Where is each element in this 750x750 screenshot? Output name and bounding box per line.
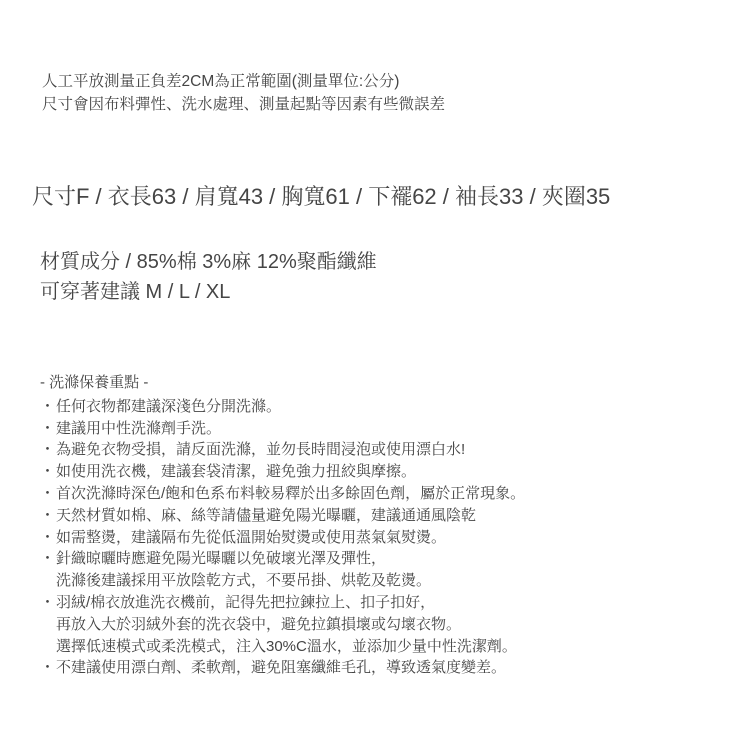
measurement-notes: 人工平放測量正負差2CM為正常範圍(測量單位:公分) 尺寸會因布料彈性、洗水處理… (42, 70, 445, 116)
care-line-text: 任何衣物都建議深淺色分開洗滌。 (56, 396, 281, 418)
care-line: ・ 針織晾曬時應避免陽光曝曬以免破壞光澤及彈性， (40, 548, 525, 570)
care-line-bullet: ・ (40, 418, 56, 440)
measurement-note-line1: 人工平放測量正負差2CM為正常範圍(測量單位:公分) (42, 70, 445, 93)
material-info: 材質成分 / 85%棉 3%麻 12%聚酯纖維 可穿著建議 M / L / XL (40, 247, 377, 307)
care-line: ・ 任何衣物都建議深淺色分開洗滌。 (40, 396, 525, 418)
care-line-text: 天然材質如棉、麻、絲等請儘量避免陽光曝曬，建議通通風陰乾 (56, 505, 476, 527)
material-composition-line: 材質成分 / 85%棉 3%麻 12%聚酯纖維 (40, 247, 377, 277)
care-line: 洗滌後建議採用平放陰乾方式，不要吊掛、烘乾及乾燙。 (40, 570, 525, 592)
care-section-heading: - 洗滌保養重點 - (40, 372, 525, 394)
care-line-text: 不建議使用漂白劑、柔軟劑，避免阻塞纖維毛孔，導致透氣度變差。 (56, 657, 506, 679)
care-line-bullet (40, 570, 56, 592)
care-line-text: 首次洗滌時深色/飽和色系布料較易釋於出多餘固色劑，屬於正常現象。 (56, 483, 525, 505)
care-line-bullet (40, 614, 56, 636)
care-line-text: 如需整燙，建議隔布先從低溫開始熨燙或使用蒸氣氣熨燙。 (56, 527, 446, 549)
care-line-bullet: ・ (40, 483, 56, 505)
size-spec-line: 尺寸F / 衣長63 / 肩寬43 / 胸寬61 / 下襬62 / 袖長33 /… (32, 183, 610, 211)
care-line: ・ 如使用洗衣機，建議套袋清潔，避免強力扭絞與摩擦。 (40, 461, 525, 483)
care-line: 選擇低速模式或柔洗模式，注入30%C溫水，並添加少量中性洗潔劑。 (40, 636, 525, 658)
care-line-bullet: ・ (40, 657, 56, 679)
care-line: ・ 天然材質如棉、麻、絲等請儘量避免陽光曝曬，建議通通風陰乾 (40, 505, 525, 527)
care-line: 再放入大於羽絨外套的洗衣袋中，避免拉鎮損壞或勾壞衣物。 (40, 614, 525, 636)
care-line-bullet (40, 636, 56, 658)
care-line: ・ 建議用中性洗滌劑手洗。 (40, 418, 525, 440)
care-line-text: 如使用洗衣機，建議套袋清潔，避免強力扭絞與摩擦。 (56, 461, 416, 483)
care-line-bullet: ・ (40, 527, 56, 549)
care-line-text: 洗滌後建議採用平放陰乾方式，不要吊掛、烘乾及乾燙。 (56, 570, 431, 592)
care-line-bullet: ・ (40, 505, 56, 527)
care-section: - 洗滌保養重點 - ・ 任何衣物都建議深淺色分開洗滌。 ・ 建議用中性洗滌劑手… (40, 372, 525, 679)
care-line: ・ 羽絨/棉衣放進洗衣機前，記得先把拉鍊拉上、扣子扣好， (40, 592, 525, 614)
care-line: ・ 為避免衣物受損，請反面洗滌，並勿長時間浸泡或使用漂白水! (40, 439, 525, 461)
care-line: ・ 不建議使用漂白劑、柔軟劑，避免阻塞纖維毛孔，導致透氣度變差。 (40, 657, 525, 679)
care-line-bullet: ・ (40, 548, 56, 570)
care-line-text: 再放入大於羽絨外套的洗衣袋中，避免拉鎮損壞或勾壞衣物。 (56, 614, 461, 636)
product-care-page: 人工平放測量正負差2CM為正常範圍(測量單位:公分) 尺寸會因布料彈性、洗水處理… (0, 0, 750, 750)
care-line-bullet: ・ (40, 396, 56, 418)
care-line-text: 羽絨/棉衣放進洗衣機前，記得先把拉鍊拉上、扣子扣好， (56, 592, 435, 614)
care-line-text: 建議用中性洗滌劑手洗。 (56, 418, 221, 440)
care-line: ・ 首次洗滌時深色/飽和色系布料較易釋於出多餘固色劑，屬於正常現象。 (40, 483, 525, 505)
care-line-bullet: ・ (40, 592, 56, 614)
measurement-note-line2: 尺寸會因布料彈性、洗水處理、測量起點等因素有些微誤差 (42, 93, 445, 116)
care-line-bullet: ・ (40, 439, 56, 461)
care-line: ・ 如需整燙，建議隔布先從低溫開始熨燙或使用蒸氣氣熨燙。 (40, 527, 525, 549)
care-line-text: 針織晾曬時應避免陽光曝曬以免破壞光澤及彈性， (56, 548, 386, 570)
care-line-text: 選擇低速模式或柔洗模式，注入30%C溫水，並添加少量中性洗潔劑。 (56, 636, 517, 658)
care-line-text: 為避免衣物受損，請反面洗滌，並勿長時間浸泡或使用漂白水! (56, 439, 465, 461)
wear-suggestion-line: 可穿著建議 M / L / XL (40, 277, 377, 307)
care-line-bullet: ・ (40, 461, 56, 483)
